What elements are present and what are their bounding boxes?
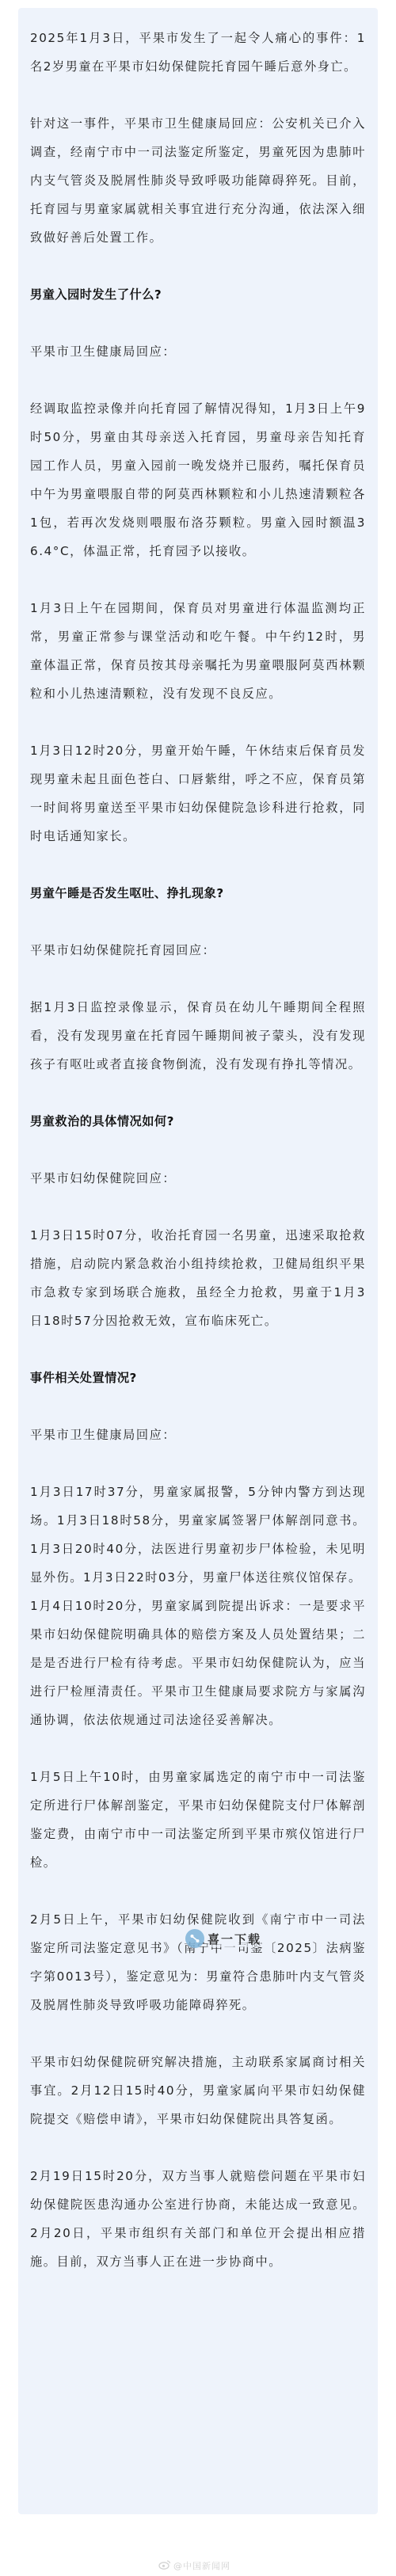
spacer (30, 81, 366, 109)
section-heading: 男童入园时发生了什么? (30, 280, 366, 309)
section-paragraph: 经调取监控录像并向托育园了解情况得知，1月3日上午9时50分，男童由其母亲送入托… (30, 394, 366, 565)
spacer (30, 1734, 366, 1763)
section-paragraph: 平果市妇幼保健院研究解决措施，主动联系家属商讨相关事宜。2月12日15时40分，… (30, 2048, 366, 2133)
section-paragraph: 2月19日15时20分，双方当事人就赔偿问题在平果市妇幼保健院医患沟通办公室进行… (30, 2162, 366, 2276)
spacer (30, 708, 366, 736)
spacer (30, 965, 366, 993)
spacer (30, 1193, 366, 1221)
section-paragraph: 1月3日上午在园期间，保育员对男童进行体温监测均正常，男童正常参与课堂活动和吃午… (30, 594, 366, 708)
section-admission: 男童入园时发生了什么? 平果市卫生健康局回应： 经调取监控录像并向托育园了解情况… (30, 280, 366, 879)
section-heading: 男童午睡是否发生呕吐、挣扎现象? (30, 879, 366, 907)
section-source: 平果市卫生健康局回应： (30, 1421, 366, 1449)
spacer (30, 2133, 366, 2162)
spacer (30, 1449, 366, 1478)
download-overlay-button[interactable]: 喜一下载 (185, 1929, 261, 1948)
section-paragraph: 1月3日12时20分，男童开始午睡，午休结束后保育员发现男童未起且面色苍白、口唇… (30, 736, 366, 850)
intro-paragraph: 2025年1月3日，平果市发生了一起令人痛心的事件：1名2岁男童在平果市妇幼保健… (30, 24, 366, 81)
spacer (30, 1079, 366, 1107)
spacer (30, 366, 366, 394)
spacer (30, 1877, 366, 1905)
spacer (30, 907, 366, 936)
article-card: 2025年1月3日，平果市发生了一起令人痛心的事件：1名2岁男童在平果市妇幼保健… (18, 8, 378, 2514)
section-handling: 事件相关处置情况? 平果市卫生健康局回应： 1月3日17时37分，男童家属报警，… (30, 1364, 366, 2276)
section-nap: 男童午睡是否发生呕吐、挣扎现象? 平果市妇幼保健院托育园回应： 据1月3日监控录… (30, 879, 366, 1107)
section-source: 平果市妇幼保健院回应： (30, 1164, 366, 1193)
watermark-label: @中国新闻网 (173, 2559, 230, 2572)
spacer (30, 1136, 366, 1164)
section-paragraph: 据1月3日监控录像显示，保育员在幼儿午睡期间全程照看，没有发现男童在托育园午睡期… (30, 993, 366, 1079)
section-paragraph: 1月3日15时07分，收治托育园一名男童，迅速采取抢救措施，启动院内紧急救治小组… (30, 1221, 366, 1335)
spacer (30, 2019, 366, 2048)
download-overlay-label: 喜一下载 (208, 1931, 261, 1947)
section-paragraph: 1月4日10时20分，男童家属到院提出诉求：一是要求平果市妇幼保健院明确具体的赔… (30, 1592, 366, 1734)
intro-paragraph: 针对这一事件，平果市卫生健康局回应：公安机关已介入调查，经南宁市中一司法鉴定所鉴… (30, 109, 366, 252)
spacer (30, 565, 366, 594)
source-watermark: @中国新闻网 (158, 2559, 230, 2572)
section-source: 平果市妇幼保健院托育园回应： (30, 936, 366, 965)
weibo-icon (158, 2559, 171, 2572)
section-source: 平果市卫生健康局回应： (30, 337, 366, 366)
share-link-icon (185, 1929, 204, 1948)
section-heading: 男童救治的具体情况如何? (30, 1107, 366, 1136)
section-paragraph: 1月5日上午10时，由男童家属选定的南宁市中一司法鉴定所进行尸体解剖鉴定，平果市… (30, 1763, 366, 1877)
section-paragraph: 1月3日17时37分，男童家属报警，5分钟内警方到达现场。1月3日18时58分，… (30, 1478, 366, 1592)
spacer (30, 252, 366, 280)
section-rescue: 男童救治的具体情况如何? 平果市妇幼保健院回应： 1月3日15时07分，收治托育… (30, 1107, 366, 1364)
section-heading: 事件相关处置情况? (30, 1364, 366, 1392)
section-paragraph: 2月5日上午，平果市妇幼保健院收到《南宁市中一司法鉴定所司法鉴定意见书》（南宁中… (30, 1905, 366, 2019)
spacer (30, 1392, 366, 1421)
spacer (30, 309, 366, 337)
spacer (30, 850, 366, 879)
spacer (30, 1335, 366, 1364)
